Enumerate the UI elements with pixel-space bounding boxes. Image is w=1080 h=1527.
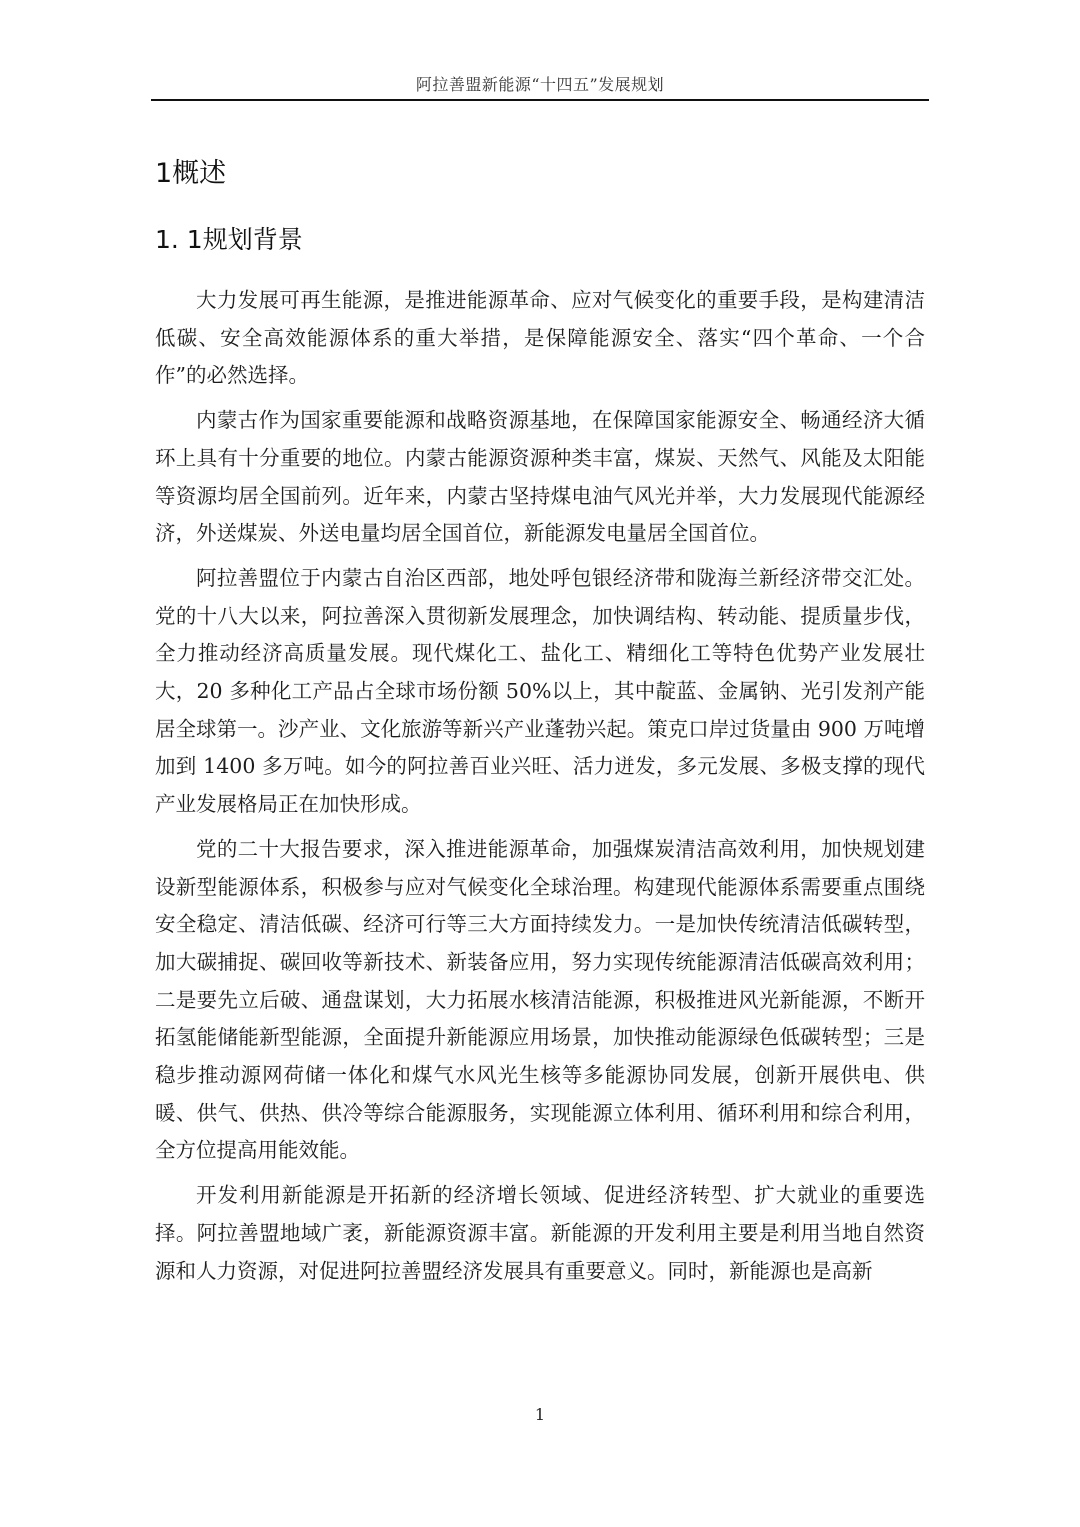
chapter-heading: 1概述 xyxy=(155,156,226,192)
body-text: 大力发展可再生能源，是推进能源革命、应对气候变化的重要手段，是构建清洁低碳、安全… xyxy=(155,282,925,1297)
paragraph-3: 阿拉善盟位于内蒙古自治区西部，地处呼包银经济带和陇海兰新经济带交汇处。党的十八大… xyxy=(155,560,925,824)
paragraph-4: 党的二十大报告要求，深入推进能源革命，加强煤炭清洁高效利用，加快规划建设新型能源… xyxy=(155,831,925,1170)
running-header: 阿拉善盟新能源“十四五”发展规划 xyxy=(151,74,929,96)
paragraph-2: 内蒙古作为国家重要能源和战略资源基地，在保障国家能源安全、畅通经济大循环上具有十… xyxy=(155,402,925,553)
header-divider xyxy=(151,99,929,101)
paragraph-5: 开发利用新能源是开拓新的经济增长领域、促进经济转型、扩大就业的重要选择。阿拉善盟… xyxy=(155,1177,925,1290)
paragraph-1: 大力发展可再生能源，是推进能源革命、应对气候变化的重要手段，是构建清洁低碳、安全… xyxy=(155,282,925,395)
page-number: 1 xyxy=(0,1405,1080,1424)
section-heading: 1. 1规划背景 xyxy=(155,222,303,258)
